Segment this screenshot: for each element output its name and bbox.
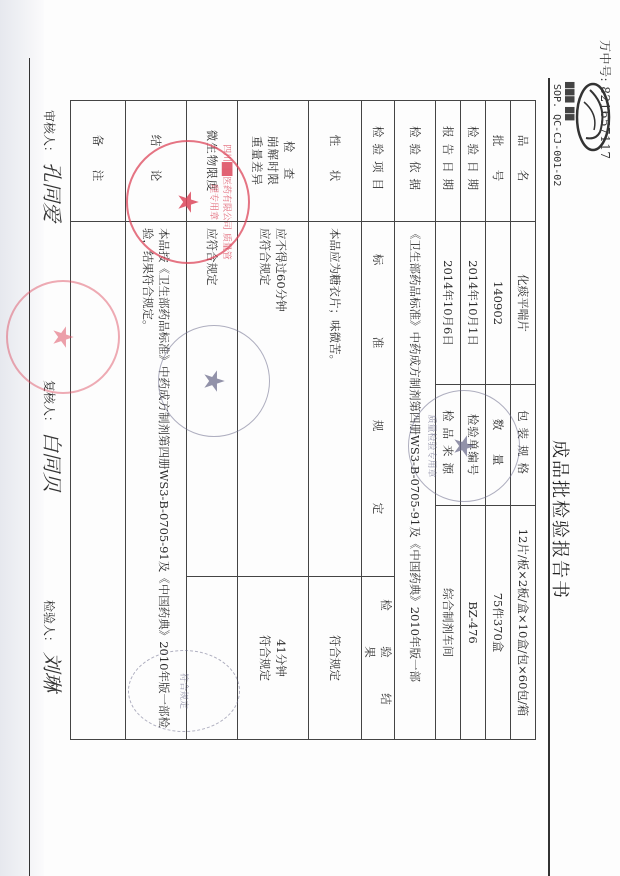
table-row: 检验日期 2014年10月1日 检验单编号 BZ-476 [461, 101, 486, 740]
standard-check: 应不得过60分钟 应符合规定 [238, 222, 309, 577]
header-standard: 标 准 规 定 [362, 222, 395, 577]
report-table: 品 名 化痰平喘片 包装规格 12片/板×2板/盒×10盒/包×60包/箱 批 … [70, 100, 536, 740]
table-row: 品 名 化痰平喘片 包装规格 12片/板×2板/盒×10盒/包×60包/箱 [511, 101, 536, 740]
label-product-name: 品 名 [511, 101, 536, 222]
value-remarks [71, 222, 126, 740]
company-logo-icon [574, 82, 612, 152]
value-quantity: 75件370盒 [486, 506, 511, 740]
reviewer-label: 审核人： [42, 110, 56, 158]
scanned-page: 万中号: 821657117 ███ ██ SOP. QC-CJ-001-02 … [0, 0, 620, 876]
header-result: 检 验 结 果 [362, 577, 395, 740]
value-product-name: 化痰平喘片 [511, 222, 536, 385]
standard-disintegration: 应不得过60分钟 [273, 228, 289, 570]
page-border-bottom [29, 58, 30, 876]
inspection-report: 万中号: 821657117 ███ ██ SOP. QC-CJ-001-02 … [0, 0, 620, 876]
table-row: 报告日期 2014年10月6日 检品来源 综合制剂车间 [436, 101, 461, 740]
value-inspect-date: 2014年10月1日 [461, 222, 486, 385]
standard-weight-variance: 应符合规定 [257, 228, 273, 570]
inspector-label: 检验人： [42, 600, 56, 648]
report-title: 成品批检验报告书 [548, 440, 574, 600]
label-inspect-no: 检验单编号 [461, 385, 486, 506]
result-weight-variance: 符合规定 [257, 583, 273, 733]
reviewer-signature: 孔同爱 [40, 162, 64, 222]
item-microbial: 微生物限度 [187, 101, 238, 222]
label-remarks: 备 注 [71, 101, 126, 222]
sop-code: SOP. QC-CJ-001-02 [551, 84, 562, 186]
table-header-row: 检验项目 标 准 规 定 检 验 结 果 [362, 101, 395, 740]
table-row: 检 查 崩解时限 重量差异 应不得过60分钟 应符合规定 41分钟 符合规定 [238, 101, 309, 740]
table-row: 备 注 [71, 101, 126, 740]
table-row: 检验依据 《卫生部药品标准》中药成方制剂第四册WS3-B-0705-91及《中国… [395, 101, 436, 740]
company-logo-text: ███ ██ [565, 82, 574, 121]
value-source: 综合制剂车间 [436, 506, 461, 740]
label-basis: 检验依据 [395, 101, 436, 222]
item-disintegration: 崩解时限 [265, 107, 281, 215]
table-row: 性 状 本品应为糖衣片；味微苦。 符合规定 [309, 101, 362, 740]
header-item: 检验项目 [362, 101, 395, 222]
label-batch-no: 批 号 [486, 101, 511, 222]
value-package-spec: 12片/板×2板/盒×10盒/包×60包/箱 [511, 506, 536, 740]
label-inspect-date: 检验日期 [461, 101, 486, 222]
label-quantity: 数 量 [486, 385, 511, 506]
checker-label: 复核人： [42, 380, 56, 428]
value-basis: 《卫生部药品标准》中药成方制剂第四册WS3-B-0705-91及《中国药典》20… [395, 222, 436, 740]
item-appearance: 性 状 [309, 101, 362, 222]
item-check: 检 查 崩解时限 重量差异 [238, 101, 309, 222]
value-batch-no: 140902 [486, 222, 511, 385]
table-row: 微生物限度 应符合规定 [187, 101, 238, 740]
inspector-signature-block: 检验人： 刘琳 [39, 600, 68, 692]
result-check: 41分钟 符合规定 [238, 577, 309, 740]
checker-signature: 白同贝 [40, 432, 64, 492]
item-weight-variance: 重量差异 [249, 107, 265, 215]
reviewer-signature-block: 审核人： 孔同爱 [39, 110, 68, 222]
label-report-date: 报告日期 [436, 101, 461, 222]
value-report-date: 2014年10月6日 [436, 222, 461, 385]
standard-microbial: 应符合规定 [187, 222, 238, 577]
label-source: 检品来源 [436, 385, 461, 506]
inspector-signature: 刘琳 [40, 652, 64, 692]
label-conclusion: 结 论 [126, 101, 187, 222]
table-row: 批 号 140902 数 量 75件370盒 [486, 101, 511, 740]
label-package-spec: 包装规格 [511, 385, 536, 506]
result-disintegration: 41分钟 [273, 583, 289, 733]
value-inspect-no: BZ-476 [461, 506, 486, 740]
checker-signature-block: 复核人： 白同贝 [39, 380, 68, 492]
standard-appearance: 本品应为糖衣片；味微苦。 [309, 222, 362, 577]
table-row: 结 论 本品按《卫生部药品标准》中药成方制剂第四册WS3-B-0705-91及《… [126, 101, 187, 740]
item-check-title: 检 查 [281, 107, 297, 215]
value-conclusion: 本品按《卫生部药品标准》中药成方制剂第四册WS3-B-0705-91及《中国药典… [126, 222, 187, 740]
result-appearance: 符合规定 [309, 577, 362, 740]
result-microbial [187, 577, 238, 740]
